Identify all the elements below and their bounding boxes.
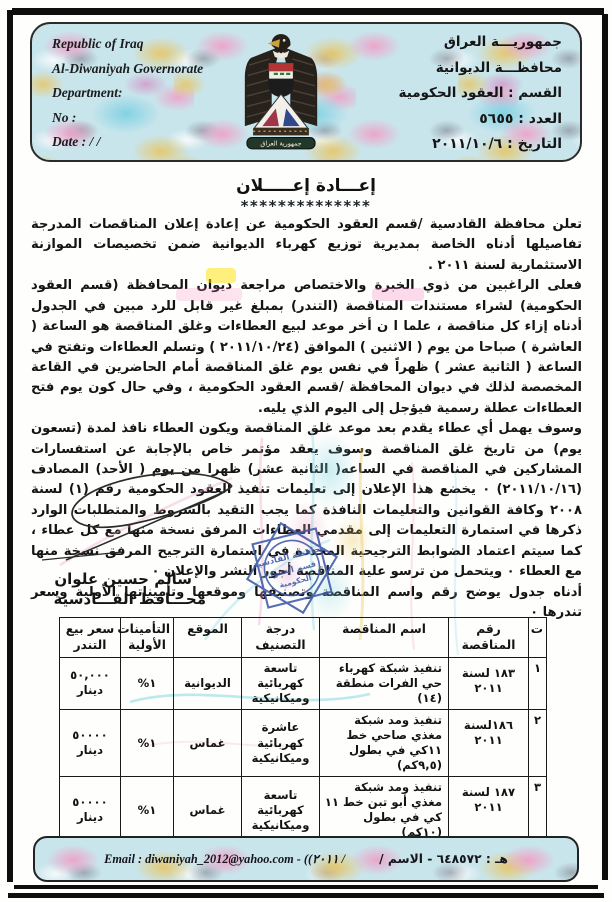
col-header-tender-price: سعر بيع التندر: [60, 618, 121, 658]
letterhead-en-date: Date : / /: [52, 134, 222, 150]
body-paragraph-1: تعلن محافظة القادسية /قسم العقود الحكومي…: [31, 215, 582, 276]
footer-phone: هـ : ٦٤٨٥٧٢ - الاسم /: [379, 852, 508, 866]
letterhead-ar-date: التاريخ : ٢٠١١/١٠/٦: [340, 136, 562, 152]
table-header-row: ت رقم المناقصة اسم المناقصة درجة التصنيف…: [60, 618, 547, 658]
letterhead-ar-country: جمهوريـــة العراق: [340, 34, 562, 50]
table-cell: ٥٠٠٠٠ دينار: [60, 777, 121, 844]
announcement-title: إعـــادة إعـــــلان: [0, 176, 612, 196]
signatory-title: محـــافظ القـــادسية: [36, 590, 216, 608]
signatory-name: سالم حسين علوان: [36, 570, 216, 588]
table-cell: ١%: [121, 709, 174, 776]
table-cell: تنفيذ شبكة كهرباء حي الفرات منطقة (١٤): [320, 657, 449, 709]
body-paragraph-2: فعلى الراغبين من ذوي الخبرة والاختصاص مر…: [31, 276, 582, 419]
scanned-document-page: Republic of Iraq Al-Diwaniyah Governorat…: [0, 0, 612, 902]
table-cell: غماس: [174, 777, 242, 844]
letterhead-en-department: Department:: [52, 85, 222, 101]
letterhead-ar-governorate: محافظـــة الديوانية: [340, 60, 562, 76]
tenders-table-body: ١١٨٣ لسنة ٢٠١١تنفيذ شبكة كهرباء حي الفرا…: [60, 657, 547, 844]
table-cell: ٥٠,٠٠٠ دينار: [60, 657, 121, 709]
letterhead-en-country: Republic of Iraq: [52, 36, 222, 52]
table-cell: ١%: [121, 657, 174, 709]
scan-border-bottom-line1: [14, 885, 598, 889]
table-cell: ٣: [529, 777, 547, 844]
footer-email: Email : diwaniyah_2012@yahoo.com - ((٢٠١…: [104, 852, 345, 867]
col-header-location: الموقع: [174, 618, 242, 658]
letterhead-en-governorate: Al-Diwaniyah Governorate: [52, 61, 222, 77]
scan-border-right: [602, 14, 608, 880]
table-row: ٣١٨٧ لسنة ٢٠١١تنفيذ ومد شبكة مغذي أبو تب…: [60, 777, 547, 844]
table-row: ١١٨٣ لسنة ٢٠١١تنفيذ شبكة كهرباء حي الفرا…: [60, 657, 547, 709]
col-header-initial-insurance: التأمينات الأولية: [121, 618, 174, 658]
letterhead-ar-department: القسم : العقود الحكومية: [340, 85, 562, 101]
iraq-eagle-emblem-icon: جمهورية العراق: [222, 24, 340, 160]
letterhead: Republic of Iraq Al-Diwaniyah Governorat…: [30, 22, 582, 162]
scan-border-left: [7, 10, 13, 882]
emblem-banner-text: جمهورية العراق: [260, 140, 301, 148]
table-cell: ١: [529, 657, 547, 709]
table-cell: ١٨٣ لسنة ٢٠١١: [449, 657, 529, 709]
table-cell: غماس: [174, 709, 242, 776]
letterhead-ar-number: العدد : ٥٦٥٥: [340, 111, 562, 127]
scan-border-bottom-line2: [8, 893, 604, 898]
footer-contact-bar: Email : diwaniyah_2012@yahoo.com - ((٢٠١…: [33, 836, 579, 882]
col-header-tender-number: رقم المناقصة: [449, 618, 529, 658]
table-cell: ١٨٦لسنة ٢٠١١: [449, 709, 529, 776]
table-cell: تنفيذ ومد شبكة مغذي صاحي خط ١١كي في بطول…: [320, 709, 449, 776]
col-header-tender-name: اسم المناقصة: [320, 618, 449, 658]
table-cell: تاسعة كهربائية وميكانيكية: [242, 777, 320, 844]
col-header-classification: درجة التصنيف: [242, 618, 320, 658]
table-cell: تاسعة كهربائية وميكانيكية: [242, 657, 320, 709]
tenders-table: ت رقم المناقصة اسم المناقصة درجة التصنيف…: [59, 617, 547, 844]
table-cell: الديوانية: [174, 657, 242, 709]
letterhead-arabic: جمهوريـــة العراق محافظـــة الديوانية ال…: [340, 24, 580, 160]
letterhead-english: Republic of Iraq Al-Diwaniyah Governorat…: [32, 24, 222, 160]
letterhead-en-number: No :: [52, 110, 222, 126]
table-cell: تنفيذ ومد شبكة مغذي أبو تبن خط ١١ كي في …: [320, 777, 449, 844]
table-cell: ٢: [529, 709, 547, 776]
table-cell: عاشرة كهربائية وميكانيكية: [242, 709, 320, 776]
scan-border-top: [12, 8, 604, 15]
table-cell: ١٨٧ لسنة ٢٠١١: [449, 777, 529, 844]
table-cell: ٥٠٠٠٠ دينار: [60, 709, 121, 776]
table-row: ٢١٨٦لسنة ٢٠١١تنفيذ ومد شبكة مغذي صاحي خط…: [60, 709, 547, 776]
announcement-title-block: إعـــادة إعـــــلان **************: [0, 176, 612, 215]
title-underline-stars: **************: [0, 197, 612, 215]
col-header-seq: ت: [529, 618, 547, 658]
table-cell: ١%: [121, 777, 174, 844]
